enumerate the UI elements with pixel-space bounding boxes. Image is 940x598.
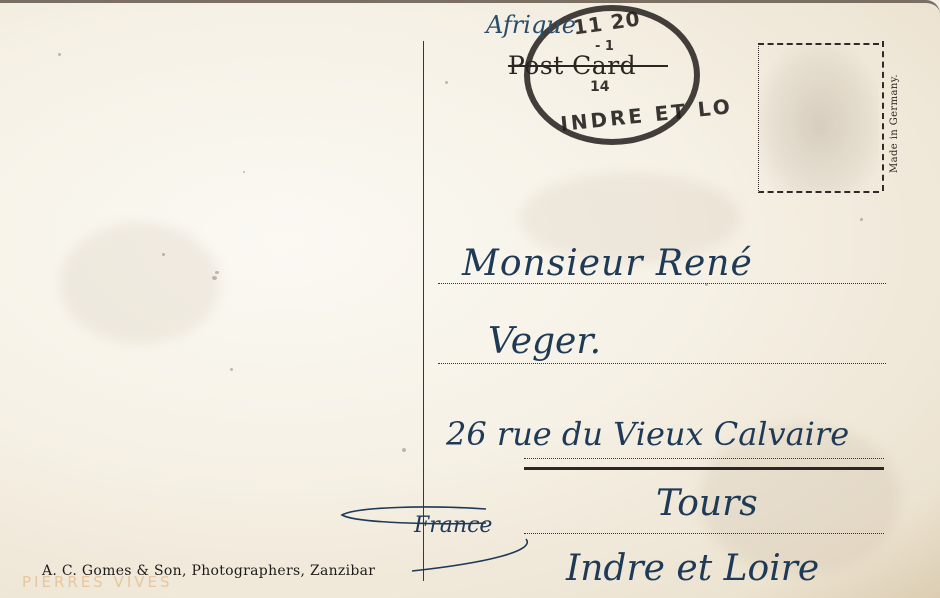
made-in-label: Made in Germany. <box>889 74 900 173</box>
address-line-3-rule <box>524 458 884 459</box>
address-street: 26 rue du Vieux Calvaire <box>446 415 849 453</box>
stamp-placeholder <box>758 43 879 193</box>
postcard-back: 11 20 - 1 14 INDRE ET LO Post Card Afriq… <box>0 0 940 598</box>
address-name: Monsieur René <box>462 243 753 284</box>
address-solid-rule <box>524 467 884 470</box>
address-line-2-rule <box>438 363 886 364</box>
stamp-rule <box>882 41 886 191</box>
center-divider <box>423 41 424 581</box>
address-region: Indre et Loire <box>566 548 819 589</box>
address-city: Tours <box>656 483 758 524</box>
address-line-4-rule <box>524 533 884 534</box>
title-strikethrough <box>508 65 668 67</box>
address-surname: Veger. <box>488 321 601 362</box>
handwritten-origin: Afrique <box>486 11 576 39</box>
watermark: PIERRES VIVES <box>22 573 173 591</box>
postmark-year: 14 <box>590 79 609 95</box>
